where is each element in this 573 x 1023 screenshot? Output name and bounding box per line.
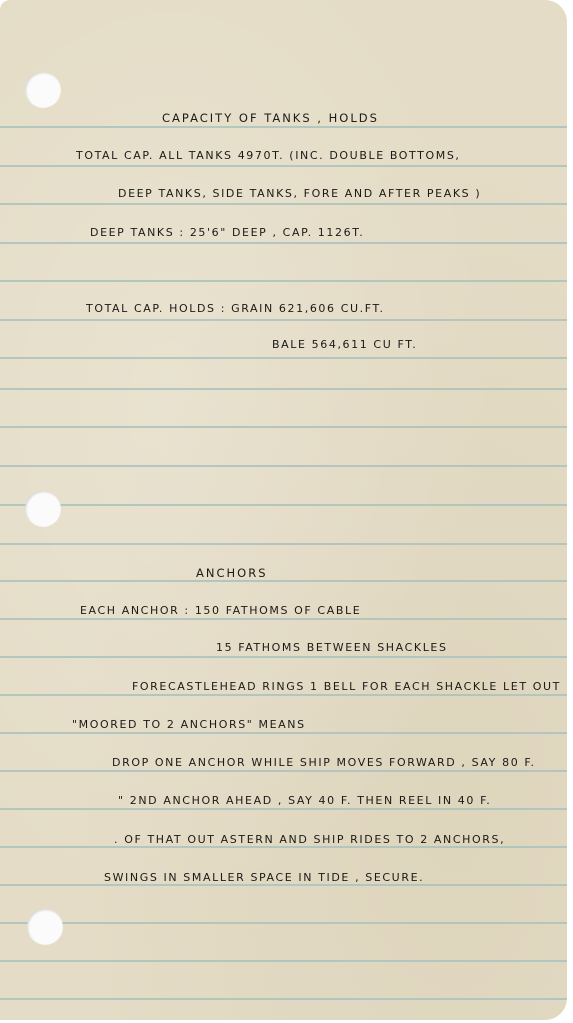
notebook-page: Capacity of Tanks , Holds Total cap. all… [0, 0, 567, 1020]
ruled-line [0, 998, 567, 1000]
ruled-line [0, 543, 567, 545]
anchors-line-bell: Forecastlehead rings 1 bell for each sha… [132, 680, 561, 693]
capacity-line-holds-grain: Total cap. holds : Grain 621,606 cu.ft. [86, 302, 385, 315]
anchors-line-swings: swings in smaller space in tide , secure… [104, 871, 424, 884]
ruled-line [0, 357, 567, 359]
ruled-line [0, 580, 567, 582]
anchors-line-cable: Each anchor : 150 fathoms of cable [80, 604, 361, 617]
ruled-line [0, 319, 567, 321]
ruled-line [0, 280, 567, 282]
anchors-line-drop: Drop one anchor while ship moves forward… [112, 756, 536, 769]
capacity-line-holds-bale: Bale 564,611 cu ft. [272, 338, 417, 351]
ruled-line [0, 504, 567, 506]
ruled-line [0, 618, 567, 620]
anchors-line-moored: "Moored to 2 anchors" means [72, 718, 306, 731]
anchors-line-second-anchor: " 2nd anchor ahead , say 40 F. Then reel… [118, 794, 491, 807]
ruled-line [0, 465, 567, 467]
binder-hole-top [25, 72, 61, 108]
capacity-line-tank-types: Deep tanks, side tanks, fore and after p… [118, 187, 481, 200]
ruled-line [0, 694, 567, 696]
ruled-line [0, 732, 567, 734]
ruled-line [0, 808, 567, 810]
ruled-line [0, 884, 567, 886]
ruled-line [0, 126, 567, 128]
ruled-line [0, 242, 567, 244]
ruled-line [0, 770, 567, 772]
ruled-line [0, 388, 567, 390]
capacity-line-deep-tanks: Deep tanks : 25'6" deep , cap. 1126T. [90, 226, 364, 239]
ruled-line [0, 846, 567, 848]
ruled-line [0, 165, 567, 167]
binder-hole-bottom [27, 909, 63, 945]
ruled-line [0, 922, 567, 924]
anchors-line-shackles: 15 fathoms between shackles [216, 641, 448, 654]
anchors-heading: Anchors [196, 566, 268, 580]
ruled-line [0, 426, 567, 428]
binder-hole-middle [25, 491, 61, 527]
capacity-line-total-tanks: Total cap. all tanks 4970T. (inc. double… [76, 149, 461, 162]
ruled-line [0, 656, 567, 658]
ruled-line [0, 960, 567, 962]
capacity-heading: Capacity of Tanks , Holds [162, 111, 379, 125]
anchors-line-astern: . of that out astern and ship rides to 2… [114, 833, 505, 846]
ruled-line [0, 203, 567, 205]
